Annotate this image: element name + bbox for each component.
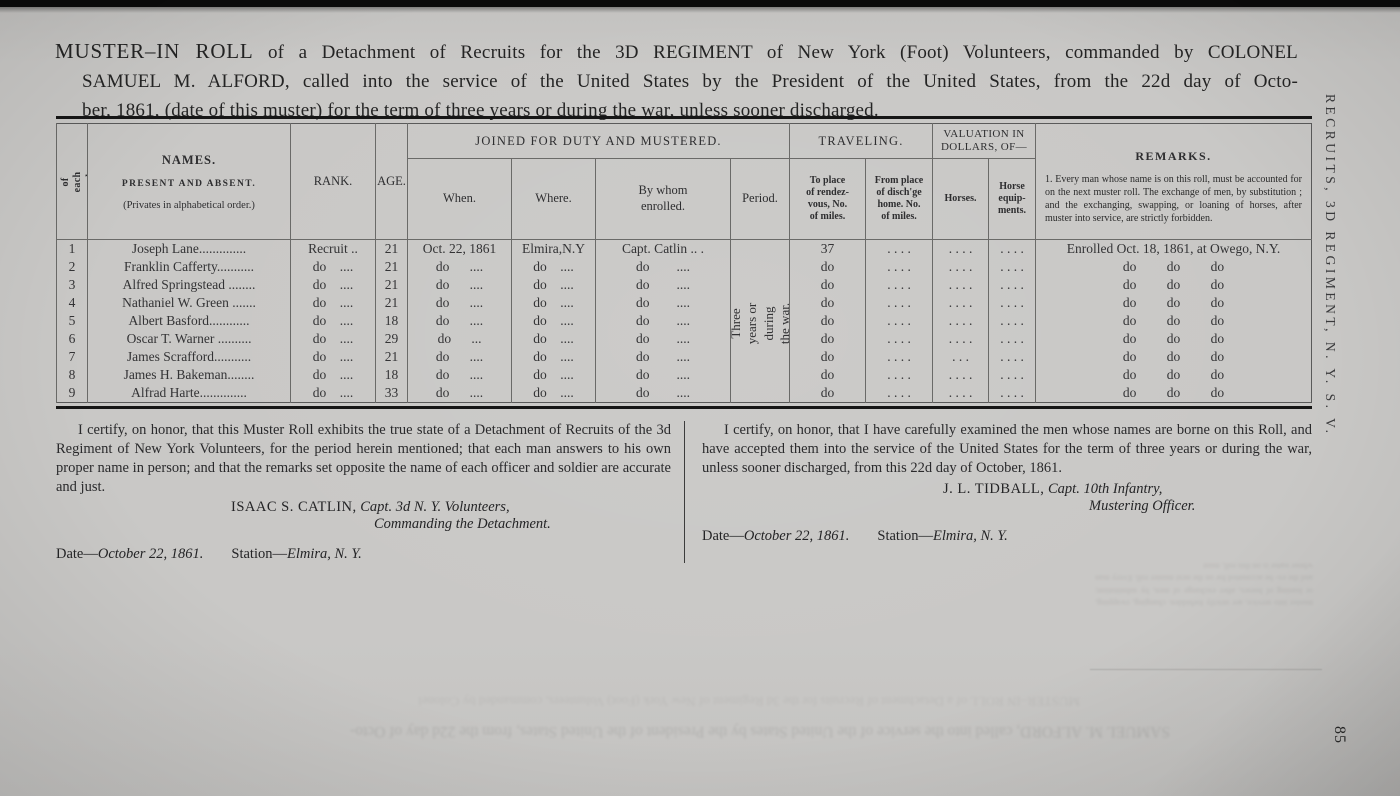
table-row: 4 Nathaniel W. Green ....... do .... 21 … — [57, 294, 1312, 312]
cell-horse-equipments: . . . . — [989, 366, 1036, 384]
cell-horses: . . . . — [933, 294, 989, 312]
cell-when: Oct. 22, 1861 — [408, 240, 512, 259]
cell-remarks: do do do — [1036, 276, 1312, 294]
cell-name: Joseph Lane.............. — [88, 240, 291, 259]
cell-name: James Scrafford........... — [88, 348, 291, 366]
col-header-where: Where. — [512, 159, 596, 240]
cell-age: 18 — [376, 312, 408, 330]
col-header-names: NAMES. PRESENT AND ABSENT. (Privates in … — [88, 124, 291, 240]
cell-where: do .... — [512, 276, 596, 294]
cell-period — [731, 240, 790, 259]
col-header-horses: Horses. — [933, 159, 989, 240]
cell-horses: . . . . — [933, 366, 989, 384]
title-lead: MUSTER–IN ROLL — [55, 39, 254, 63]
cell-grade-number: 7 — [57, 348, 88, 366]
names-note: (Privates in alphabetical order.) — [88, 200, 290, 211]
certification-right-date: Date—October 22, 1861.Station—Elmira, N.… — [702, 528, 1312, 545]
cell-grade-number: 9 — [57, 384, 88, 403]
cell-when: do .... — [408, 312, 512, 330]
certification-section: I certify, on honor, that this Muster Ro… — [56, 421, 1312, 563]
title-line-1: MUSTER–IN ROLL of a Detachment of Recrui… — [55, 36, 1298, 68]
cell-remarks: do do do — [1036, 294, 1312, 312]
cell-where: do .... — [512, 384, 596, 403]
cell-age: 33 — [376, 384, 408, 403]
cell-when: do .... — [408, 348, 512, 366]
cell-when: do .... — [408, 276, 512, 294]
certification-right-signature: J. L. TIDBALL, Capt. 10th Infantry, — [702, 481, 1312, 498]
grade-numbers-label: Numbers of each grade — [57, 161, 88, 203]
col-header-when: When. — [408, 159, 512, 240]
bleed-through-rule — [1090, 669, 1322, 670]
cell-period — [731, 330, 790, 348]
cell-from-place: . . . . — [866, 258, 933, 276]
cell-horses: . . . . — [933, 312, 989, 330]
cell-remarks: Enrolled Oct. 18, 1861, at Owego, N.Y. — [1036, 240, 1312, 259]
cell-by-whom: do .... — [596, 348, 731, 366]
cell-where: do .... — [512, 312, 596, 330]
station-value: Elmira, N. Y. — [287, 546, 362, 562]
col-header-rank: RANK. — [291, 124, 376, 240]
muster-roll-table: Numbers of each grade NAMES. PRESENT AND… — [56, 116, 1312, 409]
cell-age: 21 — [376, 240, 408, 259]
remarks-title: REMARKS. — [1045, 149, 1302, 164]
cell-horse-equipments: . . . . — [989, 384, 1036, 403]
names-subtitle: PRESENT AND ABSENT. — [88, 179, 290, 189]
cell-rank: do .... — [291, 312, 376, 330]
station-label: Station— — [877, 528, 933, 544]
table-row: 6 Oscar T. Warner .......... do .... 29 … — [57, 330, 1312, 348]
cell-from-place: . . . . — [866, 348, 933, 366]
signature-title: Capt. 10th Infantry, — [1044, 481, 1162, 497]
cell-when: do .... — [408, 366, 512, 384]
cell-age: 29 — [376, 330, 408, 348]
table-row: 7 James Scrafford........... do .... 21 … — [57, 348, 1312, 366]
signature-title: Capt. 3d N. Y. Volunteers, — [357, 499, 510, 515]
cell-name: Franklin Cafferty........... — [88, 258, 291, 276]
cell-to-place: do — [790, 312, 866, 330]
cell-rank: do .... — [291, 366, 376, 384]
cell-age: 21 — [376, 294, 408, 312]
cell-to-place: do — [790, 258, 866, 276]
cell-period — [731, 276, 790, 294]
certification-left: I certify, on honor, that this Muster Ro… — [56, 421, 684, 563]
cell-when: do .... — [408, 258, 512, 276]
cell-horse-equipments: . . . . — [989, 276, 1036, 294]
signature-name: ISAAC S. CATLIN, — [231, 499, 357, 515]
cell-where: do .... — [512, 366, 596, 384]
cell-period — [731, 384, 790, 403]
recruit-rows: 1 Joseph Lane.............. Recruit .. 2… — [57, 240, 1312, 403]
certification-right-signature-line2: Mustering Officer. — [702, 498, 1312, 515]
cell-from-place: . . . . — [866, 366, 933, 384]
cell-remarks: do do do — [1036, 384, 1312, 403]
cell-where: do .... — [512, 348, 596, 366]
station-label: Station— — [231, 546, 287, 562]
col-header-to-place: To place of rendez- vous, No. of miles. — [790, 159, 866, 240]
cell-by-whom: do .... — [596, 276, 731, 294]
col-header-from-place: From place of disch'ge home. No. of mile… — [866, 159, 933, 240]
cell-to-place: do — [790, 384, 866, 403]
cell-from-place: . . . . — [866, 294, 933, 312]
title-line-1-rest: of a Detachment of Recruits for the 3D R… — [254, 42, 1298, 63]
title-line-2: SAMUEL M. ALFORD, called into the servic… — [55, 68, 1298, 97]
col-header-by-whom: By whom enrolled. — [596, 159, 731, 240]
col-header-age: AGE. — [376, 124, 408, 240]
cell-remarks: do do do — [1036, 348, 1312, 366]
cell-by-whom: do .... — [596, 330, 731, 348]
cell-period — [731, 348, 790, 366]
cell-remarks: do do do — [1036, 312, 1312, 330]
cell-age: 21 — [376, 276, 408, 294]
cell-rank: do .... — [291, 294, 376, 312]
cell-when: do .... — [408, 294, 512, 312]
cell-where: Elmira,N.Y — [512, 240, 596, 259]
cell-from-place: . . . . — [866, 276, 933, 294]
cell-horse-equipments: . . . . — [989, 312, 1036, 330]
cell-grade-number: 5 — [57, 312, 88, 330]
scan-top-edge — [0, 0, 1400, 7]
cell-period — [731, 366, 790, 384]
cell-to-place: do — [790, 348, 866, 366]
bleed-through-line-lower: SAMUEL M. ALFORD, called into the servic… — [160, 722, 1170, 740]
station-value: Elmira, N. Y. — [933, 528, 1008, 544]
cell-period — [731, 312, 790, 330]
scan-top-edge-shadow — [0, 7, 1400, 13]
cell-to-place: do — [790, 330, 866, 348]
cell-grade-number: 1 — [57, 240, 88, 259]
table-row: 8 James H. Bakeman........ do .... 18 do… — [57, 366, 1312, 384]
cell-to-place: do — [790, 276, 866, 294]
table-row: 5 Albert Basford............ do .... 18 … — [57, 312, 1312, 330]
table-row: 2 Franklin Cafferty........... do .... 2… — [57, 258, 1312, 276]
cell-age: 18 — [376, 366, 408, 384]
cell-horses: . . . . — [933, 258, 989, 276]
cell-horse-equipments: . . . . — [989, 258, 1036, 276]
cell-by-whom: Capt. Catlin .. . — [596, 240, 731, 259]
date-value: October 22, 1861. — [98, 546, 204, 562]
cell-where: do .... — [512, 258, 596, 276]
cell-horses: . . . . — [933, 384, 989, 403]
bleed-through-line-upper: MUSTER–IN ROLL of a Detachment of Recrui… — [260, 693, 1080, 709]
cell-horses: . . . . — [933, 276, 989, 294]
cell-name: Albert Basford............ — [88, 312, 291, 330]
cell-horse-equipments: . . . . — [989, 240, 1036, 259]
cell-age: 21 — [376, 348, 408, 366]
scanned-document-page: MUSTER–IN ROLL of a Detachment of Recrui… — [0, 0, 1400, 796]
signature-name: J. L. TIDBALL, — [943, 481, 1044, 497]
cell-by-whom: do .... — [596, 366, 731, 384]
cell-rank: do .... — [291, 276, 376, 294]
date-label: Date— — [56, 546, 98, 562]
cell-rank: do .... — [291, 384, 376, 403]
table-row: 9 Alfrad Harte.............. do .... 33 … — [57, 384, 1312, 403]
cell-from-place: . . . . — [866, 240, 933, 259]
cell-grade-number: 2 — [57, 258, 88, 276]
cell-name: Alfred Springstead ........ — [88, 276, 291, 294]
cell-grade-number: 6 — [57, 330, 88, 348]
date-value: October 22, 1861. — [744, 528, 850, 544]
cell-when: do .... — [408, 384, 512, 403]
names-title: NAMES. — [88, 153, 290, 168]
cell-age: 21 — [376, 258, 408, 276]
cell-horses: . . . . — [933, 330, 989, 348]
cell-by-whom: do .... — [596, 294, 731, 312]
cell-horses: . . . . — [933, 240, 989, 259]
cell-name: Oscar T. Warner .......... — [88, 330, 291, 348]
cell-where: do .... — [512, 294, 596, 312]
col-header-remarks: REMARKS. 1. Every man whose name is on t… — [1036, 124, 1312, 240]
col-header-grade-numbers: Numbers of each grade — [57, 124, 88, 240]
cell-horse-equipments: . . . . — [989, 294, 1036, 312]
col-header-period: Period. — [731, 159, 790, 240]
cell-rank: do .... — [291, 348, 376, 366]
cell-when: do ... — [408, 330, 512, 348]
document-title: MUSTER–IN ROLL of a Detachment of Recrui… — [55, 36, 1298, 126]
cell-grade-number: 8 — [57, 366, 88, 384]
cell-horse-equipments: . . . . — [989, 330, 1036, 348]
cell-to-place: do — [790, 366, 866, 384]
cell-remarks: do do do — [1036, 366, 1312, 384]
cell-grade-number: 3 — [57, 276, 88, 294]
certification-left-signature: ISAAC S. CATLIN, Capt. 3d N. Y. Voluntee… — [56, 499, 671, 516]
group-header-traveling: TRAVELING. — [790, 124, 933, 159]
table-row: 3 Alfred Springstead ........ do .... 21… — [57, 276, 1312, 294]
remarks-note: 1. Every man whose name is on this roll,… — [1045, 173, 1302, 225]
certification-right: I certify, on honor, that I have careful… — [684, 421, 1312, 563]
cell-rank: do .... — [291, 330, 376, 348]
cell-name: James H. Bakeman........ — [88, 366, 291, 384]
side-margin-text: RECRUITS, 3D REGIMENT, N. Y. S. V. — [1322, 94, 1338, 514]
certification-left-signature-line2: Commanding the Detachment. — [56, 516, 671, 533]
cell-horse-equipments: . . . . — [989, 348, 1036, 366]
cell-remarks: do do do — [1036, 258, 1312, 276]
cell-to-place: do — [790, 294, 866, 312]
cell-by-whom: do .... — [596, 258, 731, 276]
cell-from-place: . . . . — [866, 312, 933, 330]
cell-grade-number: 4 — [57, 294, 88, 312]
cell-by-whom: do .... — [596, 384, 731, 403]
cell-period — [731, 258, 790, 276]
table-row: 1 Joseph Lane.............. Recruit .. 2… — [57, 240, 1312, 259]
cell-period — [731, 294, 790, 312]
cell-rank: Recruit .. — [291, 240, 376, 259]
bleed-through-paragraph: muster into service, are strictly forbid… — [1095, 560, 1313, 609]
certification-left-date: Date—October 22, 1861.Station—Elmira, N.… — [56, 546, 671, 563]
cell-name: Nathaniel W. Green ....... — [88, 294, 291, 312]
cell-remarks: do do do — [1036, 330, 1312, 348]
cell-from-place: . . . . — [866, 330, 933, 348]
group-header-valuation: VALUATION IN DOLLARS, OF— — [933, 124, 1036, 159]
certification-left-body: I certify, on honor, that this Muster Ro… — [56, 421, 671, 496]
certification-right-body: I certify, on honor, that I have careful… — [702, 421, 1312, 478]
page-number: 85 — [1330, 726, 1348, 744]
cell-name: Alfrad Harte.............. — [88, 384, 291, 403]
cell-by-whom: do .... — [596, 312, 731, 330]
cell-to-place: 37 — [790, 240, 866, 259]
cell-from-place: . . . . — [866, 384, 933, 403]
cell-where: do .... — [512, 330, 596, 348]
group-header-joined: JOINED FOR DUTY AND MUSTERED. — [408, 124, 790, 159]
cell-horses: . . . — [933, 348, 989, 366]
date-label: Date— — [702, 528, 744, 544]
cell-rank: do .... — [291, 258, 376, 276]
col-header-horse-equipments: Horse equip- ments. — [989, 159, 1036, 240]
